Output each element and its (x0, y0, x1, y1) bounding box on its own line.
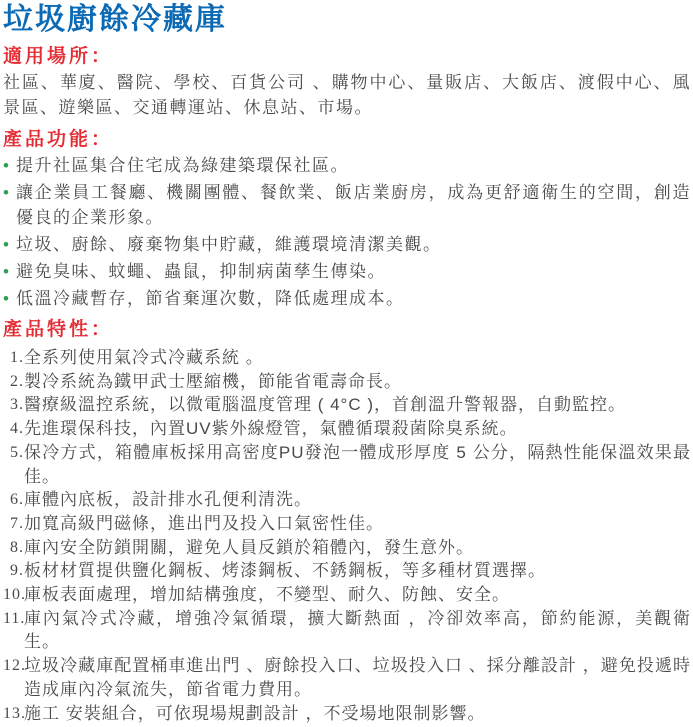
list-item: 5. 保冷方式，箱體庫板採用高密度PU發泡一體成形厚度 5 公分，隔熱性能保溫效… (3, 441, 691, 488)
item-text: 施工 安裝組合，可依現場規劃設計 ，不受場地限制影響。 (24, 702, 691, 726)
list-item: 13. 施工 安裝組合，可依現場規劃設計 ，不受場地限制影響。 (3, 702, 691, 726)
list-item: 9. 板材材質提供鹽化鋼板、烤漆鋼板、不銹鋼板，等多種材質選擇。 (3, 559, 691, 583)
list-item: • 避免臭味、蚊蠅、蟲鼠，抑制病菌孳生傳染。 (3, 259, 691, 284)
item-number: 1. (3, 346, 24, 370)
item-number: 3. (3, 393, 24, 417)
page-title: 垃圾廚餘冷藏庫 (3, 3, 691, 37)
item-text: 加寬高級門磁條，進出門及投入口氣密性佳。 (24, 512, 691, 536)
bullet-text: 讓企業員工餐廳、機關團體、餐飲業、飯店業廚房，成為更舒適衛生的空間，創造優良的企… (16, 180, 691, 230)
bullet-icon: • (3, 259, 16, 284)
section-product-functions: 產品功能： • 提升社區集合住宅成為綠建築環保社區。 • 讓企業員工餐廳、機關團… (3, 129, 691, 311)
section-product-features: 產品特性： 1. 全系列使用氣冷式冷藏系統 。 2. 製冷系統為鐵甲武士壓縮機，… (3, 319, 691, 725)
item-text: 庫內安全防鎖開關，避免人員反鎖於箱體內，發生意外。 (24, 536, 691, 560)
list-item: 11. 庫內氣冷式冷藏，增強冷氣循環，擴大斷熱面 ，冷卻效率高，節約能源，美觀衛… (3, 607, 691, 654)
item-number: 12. (3, 654, 24, 701)
item-text: 保冷方式，箱體庫板採用高密度PU發泡一體成形厚度 5 公分，隔熱性能保溫效果最佳… (24, 441, 691, 488)
applicable-places-text: 社區、華廈、醫院、學校、百貨公司 、購物中心、量販店、大飯店、渡假中心、風景區、… (3, 70, 691, 120)
item-number: 13. (3, 702, 24, 726)
applicable-places-heading: 適用場所： (3, 46, 691, 67)
section-applicable-places: 適用場所： 社區、華廈、醫院、學校、百貨公司 、購物中心、量販店、大飯店、渡假中… (3, 46, 691, 120)
item-number: 7. (3, 512, 24, 536)
product-features-heading: 產品特性： (3, 319, 691, 340)
list-item: • 低溫冷藏暫存，節省棄運次數，降低處理成本。 (3, 286, 691, 311)
item-number: 5. (3, 441, 24, 488)
item-number: 9. (3, 559, 24, 583)
bullet-icon: • (3, 153, 16, 178)
item-text: 垃圾冷藏庫配置桶車進出門 、廚餘投入口、垃圾投入口 、採分離設計 ，避免投遞時造… (24, 654, 691, 701)
list-item: 10. 庫板表面處理，增加結構強度，不變型、耐久、防蝕、安全。 (3, 583, 691, 607)
item-number: 6. (3, 488, 24, 512)
bullet-text: 提升社區集合住宅成為綠建築環保社區。 (16, 153, 691, 178)
item-text: 製冷系統為鐵甲武士壓縮機，節能省電壽命長。 (24, 370, 691, 394)
list-item: 8. 庫內安全防鎖開關，避免人員反鎖於箱體內，發生意外。 (3, 536, 691, 560)
list-item: 6. 庫體內底板，設計排水孔便利清洗。 (3, 488, 691, 512)
item-text: 全系列使用氣冷式冷藏系統 。 (24, 346, 691, 370)
list-item: 1. 全系列使用氣冷式冷藏系統 。 (3, 346, 691, 370)
item-text: 庫內氣冷式冷藏，增強冷氣循環，擴大斷熱面 ，冷卻效率高，節約能源，美觀衛生。 (24, 607, 691, 654)
list-item: 2. 製冷系統為鐵甲武士壓縮機，節能省電壽命長。 (3, 370, 691, 394)
bullet-text: 垃圾、廚餘、廢棄物集中貯藏，維護環境清潔美觀。 (16, 232, 691, 257)
bullet-icon: • (3, 286, 16, 311)
item-number: 8. (3, 536, 24, 560)
item-text: 先進環保科技，內置UV紫外線燈管，氣體循環殺菌除臭系統。 (24, 417, 691, 441)
product-document: 垃圾廚餘冷藏庫 適用場所： 社區、華廈、醫院、學校、百貨公司 、購物中心、量販店… (0, 0, 693, 725)
item-number: 2. (3, 370, 24, 394)
product-features-list: 1. 全系列使用氣冷式冷藏系統 。 2. 製冷系統為鐵甲武士壓縮機，節能省電壽命… (3, 346, 691, 725)
bullet-icon: • (3, 180, 16, 230)
product-functions-list: • 提升社區集合住宅成為綠建築環保社區。 • 讓企業員工餐廳、機關團體、餐飲業、… (3, 153, 691, 311)
item-number: 4. (3, 417, 24, 441)
list-item: • 提升社區集合住宅成為綠建築環保社區。 (3, 153, 691, 178)
bullet-text: 避免臭味、蚊蠅、蟲鼠，抑制病菌孳生傳染。 (16, 259, 691, 284)
item-number: 10. (3, 583, 24, 607)
item-text: 庫體內底板，設計排水孔便利清洗。 (24, 488, 691, 512)
item-text: 板材材質提供鹽化鋼板、烤漆鋼板、不銹鋼板，等多種材質選擇。 (24, 559, 691, 583)
item-number: 11. (3, 607, 24, 654)
item-text: 醫療級溫控系統，以微電腦溫度管理 ( 4°C )，首創溫升警報器，自動監控。 (24, 393, 691, 417)
list-item: 7. 加寬高級門磁條，進出門及投入口氣密性佳。 (3, 512, 691, 536)
bullet-icon: • (3, 232, 16, 257)
list-item: 12. 垃圾冷藏庫配置桶車進出門 、廚餘投入口、垃圾投入口 、採分離設計 ，避免… (3, 654, 691, 701)
product-functions-heading: 產品功能： (3, 129, 691, 150)
list-item: • 垃圾、廚餘、廢棄物集中貯藏，維護環境清潔美觀。 (3, 232, 691, 257)
bullet-text: 低溫冷藏暫存，節省棄運次數，降低處理成本。 (16, 286, 691, 311)
list-item: 3. 醫療級溫控系統，以微電腦溫度管理 ( 4°C )，首創溫升警報器，自動監控… (3, 393, 691, 417)
list-item: 4. 先進環保科技，內置UV紫外線燈管，氣體循環殺菌除臭系統。 (3, 417, 691, 441)
item-text: 庫板表面處理，增加結構強度，不變型、耐久、防蝕、安全。 (24, 583, 691, 607)
list-item: • 讓企業員工餐廳、機關團體、餐飲業、飯店業廚房，成為更舒適衛生的空間，創造優良… (3, 180, 691, 230)
